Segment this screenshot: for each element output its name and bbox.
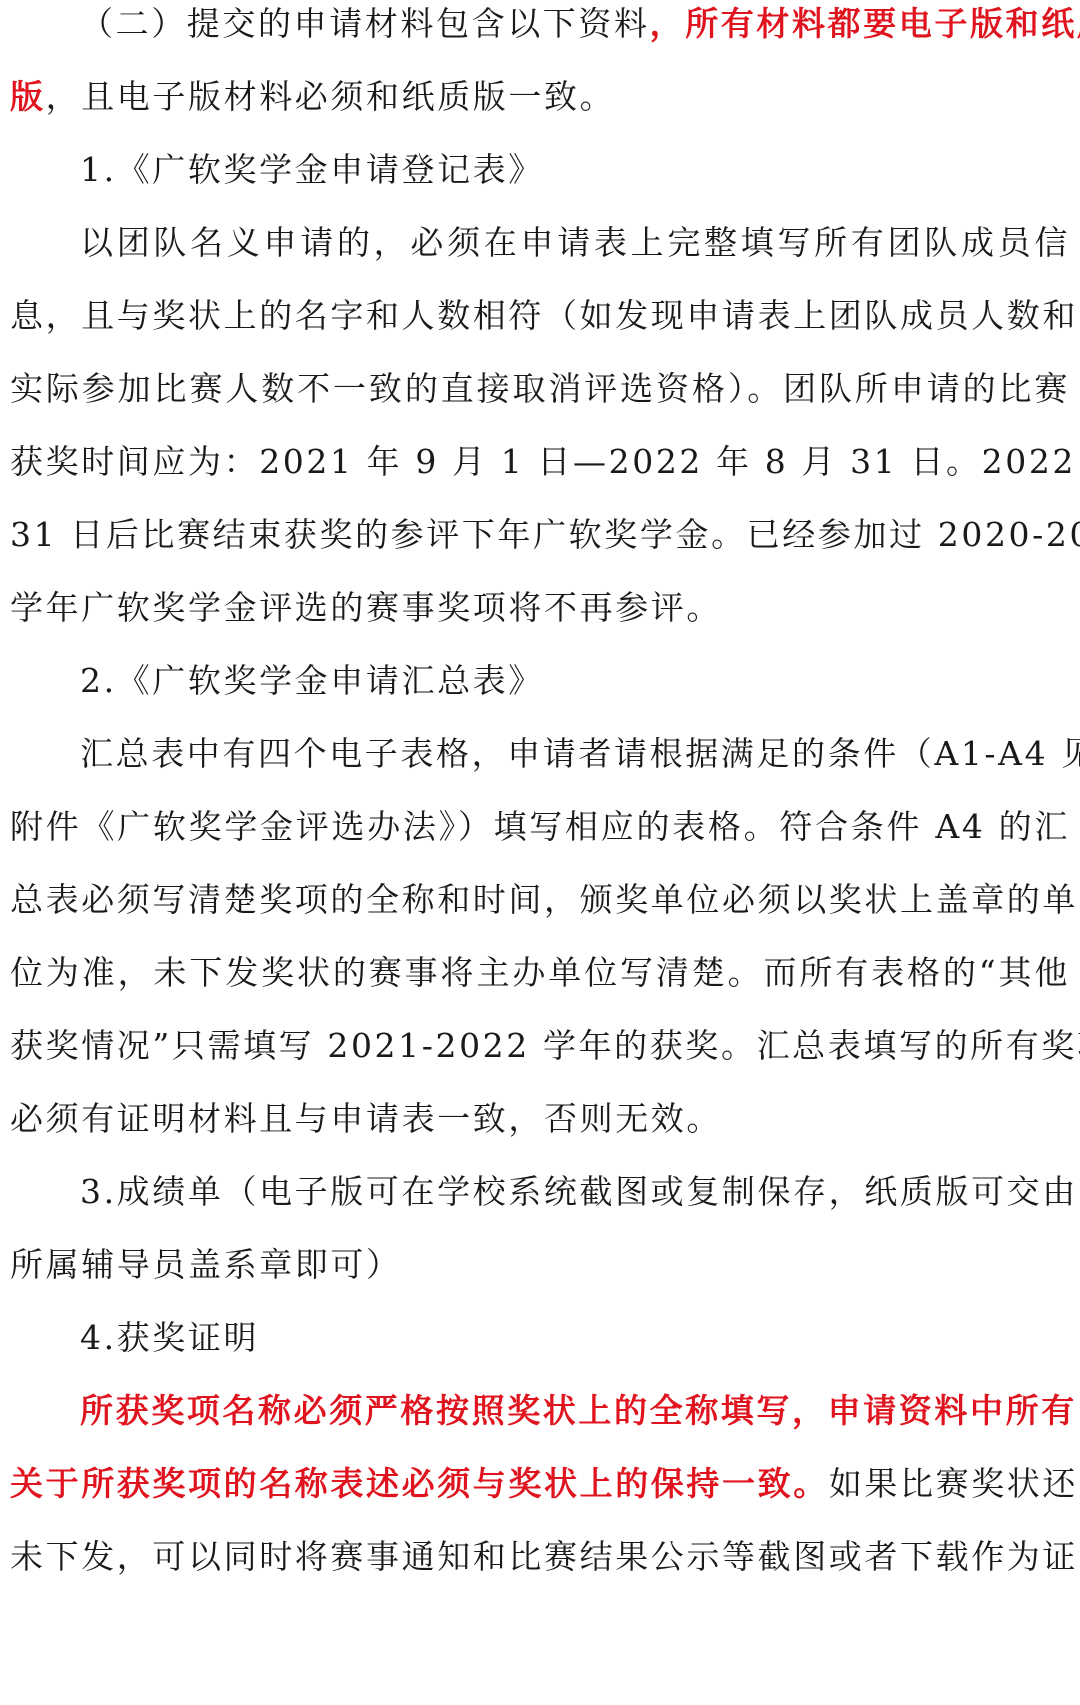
- item-1-body-line: 以团队名义申请的，必须在申请表上完整填写所有团队成员信: [80, 219, 1070, 267]
- item-1-body-line: 息，且与奖状上的名字和人数相符（如发现申请表上团队成员人数和: [10, 292, 1070, 340]
- item-2-body-line: 位为准，未下发奖状的赛事将主办单位写清楚。而所有表格的“其他: [10, 949, 1070, 997]
- item-1-body-line: 学年广软奖学金评选的赛事奖项将不再参评。: [10, 584, 1070, 632]
- item-2-title: 2.《广软奖学金申请汇总表》: [80, 657, 1070, 705]
- item-1-body-line: 31 日后比赛结束获奖的参评下年广软奖学金。已经参加过 2020-2021: [10, 511, 1070, 559]
- item-3-body-line: 所属辅导员盖系章即可）: [10, 1241, 1070, 1289]
- item-2-body-line: 汇总表中有四个电子表格，申请者请根据满足的条件（A1-A4 见: [80, 730, 1070, 778]
- item-4-highlight-line: 所获奖项名称必须严格按照奖状上的全称填写，申请资料中所有: [80, 1387, 1070, 1435]
- item-4-highlight-line-2: 关于所获奖项的名称表述必须与奖状上的保持一致。: [10, 1464, 829, 1503]
- item-3-title: 3.成绩单（电子版可在学校系统截图或复制保存，纸质版可交由: [80, 1168, 1070, 1216]
- item-2-body-line: 总表必须写清楚奖项的全称和时间，颁奖单位必须以奖状上盖章的单: [10, 876, 1070, 924]
- item-2-body-line: 必须有证明材料且与申请表一致，否则无效。: [10, 1095, 1070, 1143]
- document-page: （二）提交的申请材料包含以下资料，所有材料都要电子版和纸质 版，且电子版材料必须…: [0, 0, 1080, 1705]
- item-1-body-line: 实际参加比赛人数不一致的直接取消评选资格）。团队所申请的比赛: [10, 365, 1070, 413]
- item-1-body-line: 获奖时间应为：2021 年 9 月 1 日—2022 年 8 月 31 日。20…: [10, 438, 1070, 486]
- item-4-continuation: 如果比赛奖状还: [829, 1464, 1078, 1503]
- section-heading-highlight-cont: 版: [10, 77, 46, 116]
- item-1-title: 1.《广软奖学金申请登记表》: [80, 146, 1070, 194]
- item-2-body-line: 附件《广软奖学金评选办法》）填写相应的表格。符合条件 A4 的汇: [10, 803, 1070, 851]
- section-heading-prefix: （二）提交的申请材料包含以下资料: [80, 4, 650, 43]
- section-heading-line-2: 版，且电子版材料必须和纸质版一致。: [10, 73, 1070, 121]
- section-heading-highlight: ，所有材料都要电子版和纸质: [650, 4, 1080, 43]
- item-4-mixed-line: 关于所获奖项的名称表述必须与奖状上的保持一致。如果比赛奖状还: [10, 1460, 1070, 1508]
- section-heading-suffix: ，且电子版材料必须和纸质版一致。: [46, 77, 616, 116]
- item-4-body-line: 未下发，可以同时将赛事通知和比赛结果公示等截图或者下载作为证: [10, 1533, 1070, 1581]
- section-heading-line-1: （二）提交的申请材料包含以下资料，所有材料都要电子版和纸质: [80, 0, 1070, 48]
- item-2-body-line: 获奖情况”只需填写 2021-2022 学年的获奖。汇总表填写的所有奖项: [10, 1022, 1070, 1070]
- item-4-title: 4.获奖证明: [80, 1314, 1070, 1362]
